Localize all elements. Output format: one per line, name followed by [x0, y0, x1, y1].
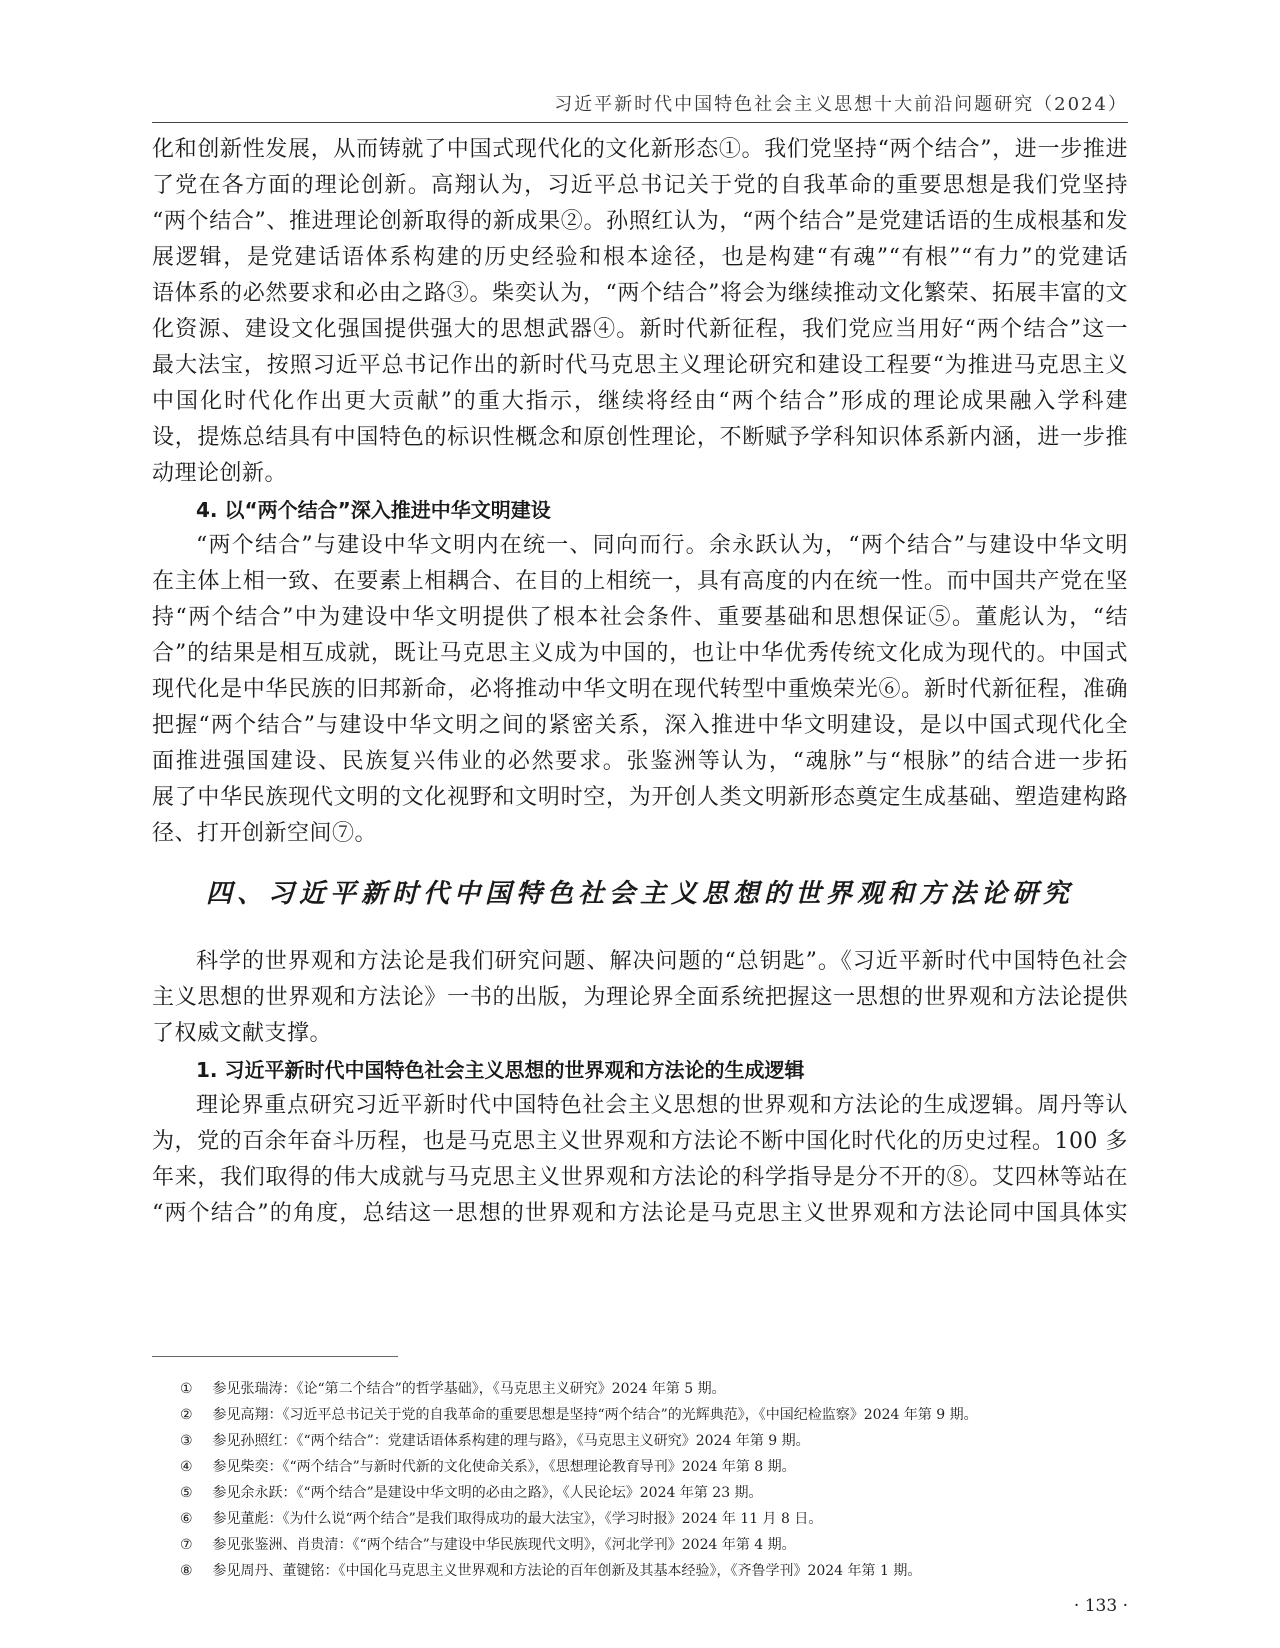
footnote: ⑥ 参见董彪：《为什么说“两个结合”是我们取得成功的最大法宝》，《学习时报》20…: [152, 1506, 1128, 1532]
text-line: 面推进强国建设、民族复兴伟业的必然要求。张鉴洲等认为，“魂脉”与“根脉”的结合进…: [152, 744, 1128, 780]
text-line: 主义思想的世界观和方法论》一书的出版，为理论界全面系统把握这一思想的世界观和方法…: [152, 980, 1128, 1016]
footnotes: ① 参见张瑞涛：《论“第二个结合”的哲学基础》，《马克思主义研究》2024 年第…: [152, 1376, 1128, 1584]
footnote-text: 参见周丹、董键铭：《中国化马克思主义世界观和方法论的百年创新及其基本经验》，《齐…: [212, 1563, 921, 1579]
text-line: 在主体上相一致、在要素上相耦合、在目的上相统一，具有高度的内在统一性。而中国共产…: [152, 564, 1128, 600]
footnote-divider: [152, 1356, 398, 1357]
footnote-text: 参见孙照红：《“两个结合”：党建话语体系构建的理与路》，《马克思主义研究》202…: [212, 1433, 809, 1449]
text-line: 展了中华民族现代文明的文化视野和文明时空，为开创人类文明新形态奠定生成基础、塑造…: [152, 780, 1128, 816]
text-line: “两个结合”与建设中华文明内在统一、同向而行。余永跃认为，“两个结合”与建设中华…: [152, 528, 1128, 564]
text-line: 语体系的必然要求和必由之路③。柴奕认为，“两个结合”将会为继续推动文化繁荣、拓展…: [152, 276, 1128, 312]
footnote-text: 参见董彪：《为什么说“两个结合”是我们取得成功的最大法宝》，《学习时报》2024…: [212, 1511, 822, 1527]
text-line: 现代化是中华民族的旧邦新命，必将推动中华文明在现代转型中重焕荣光⑥。新时代新征程…: [152, 672, 1128, 708]
footnote-marker: ②: [152, 1402, 208, 1428]
text-line: 了权威文献支撑。: [152, 1016, 1128, 1052]
text-line: 了党在各方面的理论创新。高翔认为，习近平总书记关于党的自我革命的重要思想是我们党…: [152, 168, 1128, 204]
text-line: 动理论创新。: [152, 456, 1128, 492]
footnote: ② 参见高翔：《习近平总书记关于党的自我革命的重要思想是坚持“两个结合”的光辉典…: [152, 1402, 1128, 1428]
text-line: 持“两个结合”中为建设中华文明提供了根本社会条件、重要基础和思想保证⑤。董彪认为…: [152, 600, 1128, 636]
text-line: 化资源、建设文化强国提供强大的思想武器④。新时代新征程，我们党应当用好“两个结合…: [152, 312, 1128, 348]
footnote-marker: ⑥: [152, 1506, 208, 1532]
text-line: 理论界重点研究习近平新时代中国特色社会主义思想的世界观和方法论的生成逻辑。周丹等…: [152, 1088, 1128, 1124]
footnote-marker: ⑤: [152, 1480, 208, 1506]
running-header: 习近平新时代中国特色社会主义思想十大前沿问题研究（2024）: [152, 86, 1128, 123]
footnote: ⑧ 参见周丹、董键铭：《中国化马克思主义世界观和方法论的百年创新及其基本经验》，…: [152, 1558, 1128, 1584]
footnote: ④ 参见柴奕：《“两个结合”与新时代新的文化使命关系》，《思想理论教育导刊》20…: [152, 1454, 1128, 1480]
footnote-marker: ①: [152, 1376, 208, 1402]
text-line: 科学的世界观和方法论是我们研究问题、解决问题的“总钥匙”。《习近平新时代中国特色…: [152, 944, 1128, 980]
page-body: 化和创新性发展，从而铸就了中国式现代化的文化新形态①。我们党坚持“两个结合”，进…: [152, 132, 1128, 1232]
page-number: · 133 ·: [1074, 1596, 1128, 1616]
text-line: 展逻辑，是党建话语体系构建的历史经验和根本途径，也是构建“有魂”“有根”“有力”…: [152, 240, 1128, 276]
running-title: 习近平新时代中国特色社会主义思想十大前沿问题研究（2024）: [554, 90, 1128, 116]
text-line: 合”的结果是相互成就，既让马克思主义成为中国的，也让中华优秀传统文化成为现代的。…: [152, 636, 1128, 672]
paragraph-generation-logic: 理论界重点研究习近平新时代中国特色社会主义思想的世界观和方法论的生成逻辑。周丹等…: [152, 1088, 1128, 1232]
paragraph-continuation: 化和创新性发展，从而铸就了中国式现代化的文化新形态①。我们党坚持“两个结合”，进…: [152, 132, 1128, 492]
footnote: ① 参见张瑞涛：《论“第二个结合”的哲学基础》，《马克思主义研究》2024 年第…: [152, 1376, 1128, 1402]
footnote-marker: ④: [152, 1454, 208, 1480]
text-line: 年来，我们取得的伟大成就与马克思主义世界观和方法论的科学指导是分不开的⑧。艾四林…: [152, 1160, 1128, 1196]
text-line: “两个结合”、推进理论创新取得的新成果②。孙照红认为，“两个结合”是党建话语的生…: [152, 204, 1128, 240]
footnote-marker: ③: [152, 1428, 208, 1454]
footnote-marker: ⑦: [152, 1532, 208, 1558]
footnote: ③ 参见孙照红：《“两个结合”：党建话语体系构建的理与路》，《马克思主义研究》2…: [152, 1428, 1128, 1454]
text-line: 径、打开创新空间⑦。: [152, 816, 1128, 852]
text-line: 化和创新性发展，从而铸就了中国式现代化的文化新形态①。我们党坚持“两个结合”，进…: [152, 132, 1128, 168]
text-line: 设，提炼总结具有中国特色的标识性概念和原创性理论，不断赋予学科知识体系新内涵，进…: [152, 420, 1128, 456]
paragraph-chinese-civilization: “两个结合”与建设中华文明内在统一、同向而行。余永跃认为，“两个结合”与建设中华…: [152, 528, 1128, 852]
section-title: 四、习近平新时代中国特色社会主义思想的世界观和方法论研究: [152, 874, 1128, 914]
footnote: ⑤ 参见余永跃：《“两个结合”是建设中华文明的必由之路》，《人民论坛》2024 …: [152, 1480, 1128, 1506]
text-line: 把握“两个结合”与建设中华文明之间的紧密关系，深入推进中华文明建设，是以中国式现…: [152, 708, 1128, 744]
paragraph-worldview-intro: 科学的世界观和方法论是我们研究问题、解决问题的“总钥匙”。《习近平新时代中国特色…: [152, 944, 1128, 1052]
subheading-4: 4. 以“两个结合”深入推进中华文明建设: [152, 492, 1128, 528]
footnote-text: 参见张鉴洲、肖贵清：《“两个结合”与建设中华民族现代文明》，《河北学刊》2024…: [212, 1537, 795, 1553]
subheading-1: 1. 习近平新时代中国特色社会主义思想的世界观和方法论的生成逻辑: [152, 1052, 1128, 1088]
text-line: “两个结合”的角度，总结这一思想的世界观和方法论是马克思主义世界观和方法论同中国…: [152, 1196, 1128, 1232]
footnote-text: 参见张瑞涛：《论“第二个结合”的哲学基础》，《马克思主义研究》2024 年第 5…: [212, 1381, 725, 1397]
text-line: 中国化时代化作出更大贡献”的重大指示，继续将经由“两个结合”形成的理论成果融入学…: [152, 384, 1128, 420]
footnote: ⑦ 参见张鉴洲、肖贵清：《“两个结合”与建设中华民族现代文明》，《河北学刊》20…: [152, 1532, 1128, 1558]
footnote-marker: ⑧: [152, 1558, 208, 1584]
footnote-text: 参见高翔：《习近平总书记关于党的自我革命的重要思想是坚持“两个结合”的光辉典范》…: [212, 1407, 977, 1423]
text-line: 为，党的百余年奋斗历程，也是马克思主义世界观和方法论不断中国化时代化的历史过程。…: [152, 1124, 1128, 1160]
footnote-text: 参见余永跃：《“两个结合”是建设中华文明的必由之路》，《人民论坛》2024 年第…: [212, 1485, 762, 1501]
text-line: 最大法宝，按照习近平总书记作出的新时代马克思主义理论研究和建设工程要“为推进马克…: [152, 348, 1128, 384]
footnote-text: 参见柴奕：《“两个结合”与新时代新的文化使命关系》，《思想理论教育导刊》2024…: [212, 1459, 795, 1475]
